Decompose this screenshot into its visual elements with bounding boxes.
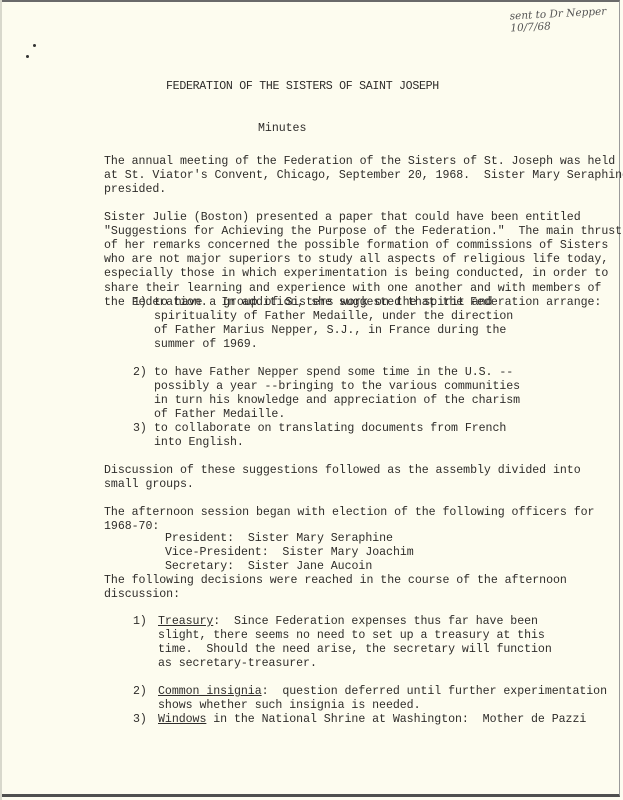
decision-first-line: Treasury: Since Federation expenses thus…: [158, 615, 538, 629]
decision-first-line: Common insignia: question deferred until…: [158, 685, 607, 699]
suggestion-number: 3): [133, 422, 147, 436]
decision-text: in the National Shrine at Washington: Mo…: [206, 713, 586, 726]
document-subtitle: Minutes: [258, 122, 306, 136]
document-title: FEDERATION OF THE SISTERS OF SAINT JOSEP…: [166, 80, 439, 94]
suggestion-line: of Father Medaille.: [154, 408, 285, 422]
officer-line: President: Sister Mary Seraphine: [165, 532, 393, 546]
intro-paragraph-line: at St. Viator's Convent, Chicago, Septem…: [104, 169, 623, 183]
suggestion-line: spirituality of Father Medaille, under t…: [154, 310, 513, 324]
decision-number: 2): [133, 685, 147, 699]
decision-number: 3): [133, 713, 147, 727]
suggestion-line: possibly a year --bringing to the variou…: [154, 380, 520, 394]
decision-heading: Windows: [158, 713, 206, 726]
officer-line: Vice-President: Sister Mary Joachim: [165, 546, 414, 560]
suggestion-line: into English.: [154, 436, 244, 450]
intro-paragraph-line: presided.: [104, 183, 166, 197]
paper-paragraph-line: "Suggestions for Achieving the Purpose o…: [104, 225, 622, 239]
paper-paragraph-line: especially those in which experimentatio…: [104, 267, 608, 281]
ink-mark: [33, 44, 36, 47]
suggestion-line: in turn his knowledge and appreciation o…: [154, 394, 520, 408]
discussion-paragraph-line: small groups.: [104, 478, 194, 492]
paper-paragraph-line: share their learning and experience with…: [104, 282, 601, 296]
decision-first-line: Windows in the National Shrine at Washin…: [158, 713, 586, 727]
decision-line: time. Should the need arise, the secreta…: [158, 643, 552, 657]
officer-line: Secretary: Sister Jane Aucoin: [165, 560, 372, 574]
ink-mark: [26, 55, 29, 58]
decision-text: : Since Federation expenses thus far hav…: [213, 615, 538, 628]
decision-line: shows whether such insignia is needed.: [158, 699, 420, 713]
decision-line: slight, there seems no need to set up a …: [158, 629, 545, 643]
paper-paragraph-line: of her remarks concerned the possible fo…: [104, 239, 608, 253]
election-paragraph-line: 1968-70:: [104, 520, 159, 534]
suggestion-line: to collaborate on translating documents …: [154, 422, 506, 436]
annotation-date: 10/7/68: [510, 20, 551, 34]
decision-heading: Common insignia: [158, 685, 262, 698]
paper-paragraph-line: who are not major superiors to study all…: [104, 253, 608, 267]
decisions-intro-line: The following decisions were reached in …: [104, 574, 567, 588]
decision-heading: Treasury: [158, 615, 213, 628]
paper-paragraph-line: Sister Julie (Boston) presented a paper …: [104, 211, 581, 225]
handwritten-annotation: sent to Dr Nepper 10/7/68: [509, 5, 607, 34]
decision-text: : question deferred until further experi…: [262, 685, 607, 698]
election-paragraph-line: The afternoon session began with electio…: [104, 506, 594, 520]
page-edge: [0, 0, 2, 800]
decision-number: 1): [133, 615, 147, 629]
suggestion-line: of Father Marius Nepper, S.J., in France…: [154, 324, 506, 338]
suggestion-number: 1): [133, 296, 147, 310]
discussion-paragraph-line: Discussion of these suggestions followed…: [104, 464, 581, 478]
decisions-intro-line: discussion:: [104, 588, 180, 602]
decision-line: as secretary-treasurer.: [158, 657, 317, 671]
suggestion-line: summer of 1969.: [154, 338, 258, 352]
suggestion-number: 2): [133, 366, 147, 380]
intro-paragraph-line: The annual meeting of the Federation of …: [104, 155, 615, 169]
suggestion-line: to have a group of Sisters work on the s…: [154, 296, 492, 310]
suggestion-line: to have Father Nepper spend some time in…: [154, 366, 513, 380]
